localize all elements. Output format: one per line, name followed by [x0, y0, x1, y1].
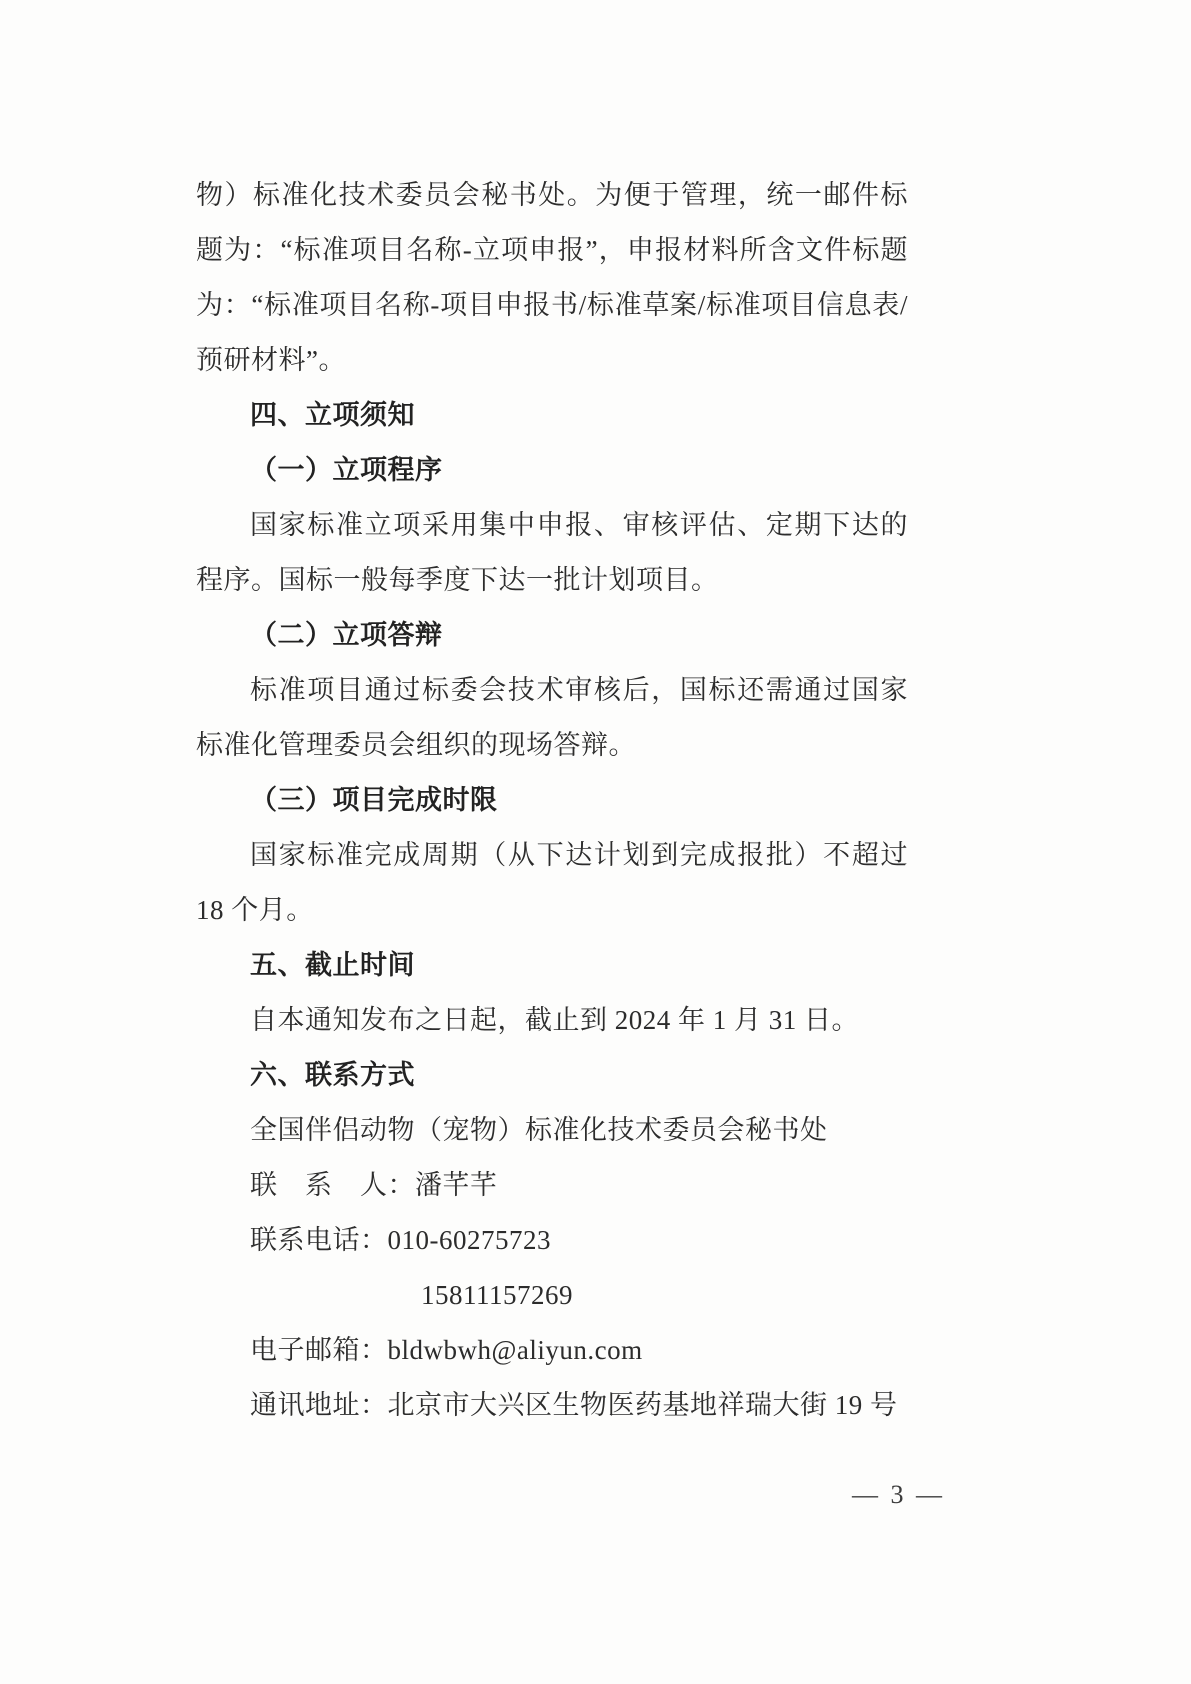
document-page: 物）标准化技术委员会秘书处。为便于管理，统一邮件标题为：“标准项目名称-立项申报… — [0, 0, 1191, 1684]
paragraph-email-title-rules: 物）标准化技术委员会秘书处。为便于管理，统一邮件标题为：“标准项目名称-立项申报… — [196, 168, 908, 388]
heading-section-5-deadline: 五、截止时间 — [196, 938, 908, 993]
paragraph-deadline-date: 自本通知发布之日起，截止到 2024 年 1 月 31 日。 — [196, 993, 908, 1048]
contact-address-line: 通讯地址：北京市大兴区生物医药基地祥瑞大街 19 号 — [196, 1378, 908, 1433]
heading-4-1-procedure: （一）立项程序 — [196, 443, 908, 498]
paragraph-completion-period: 国家标准完成周期（从下达计划到完成报批）不超过 18 个月。 — [196, 828, 908, 938]
contact-org-line: 全国伴侣动物（宠物）标准化技术委员会秘书处 — [196, 1103, 908, 1158]
contact-phone-line: 联系电话：010-60275723 — [196, 1213, 908, 1268]
document-body: 物）标准化技术委员会秘书处。为便于管理，统一邮件标题为：“标准项目名称-立项申报… — [196, 168, 908, 1433]
contact-email-line: 电子邮箱：bldwbwh@aliyun.com — [196, 1323, 908, 1378]
contact-phone2-line: 15811157269 — [196, 1268, 908, 1323]
heading-section-6-contact: 六、联系方式 — [196, 1048, 908, 1103]
paragraph-defense: 标准项目通过标委会技术审核后，国标还需通过国家标准化管理委员会组织的现场答辩。 — [196, 663, 908, 773]
page-number: — 3 — — [852, 1480, 945, 1510]
contact-person-line: 联 系 人：潘芊芊 — [196, 1158, 908, 1213]
paragraph-procedure: 国家标准立项采用集中申报、审核评估、定期下达的程序。国标一般每季度下达一批计划项… — [196, 498, 908, 608]
heading-4-3-deadline-limit: （三）项目完成时限 — [196, 773, 908, 828]
heading-4-2-defense: （二）立项答辩 — [196, 608, 908, 663]
heading-section-4-notes: 四、立项须知 — [196, 388, 908, 443]
